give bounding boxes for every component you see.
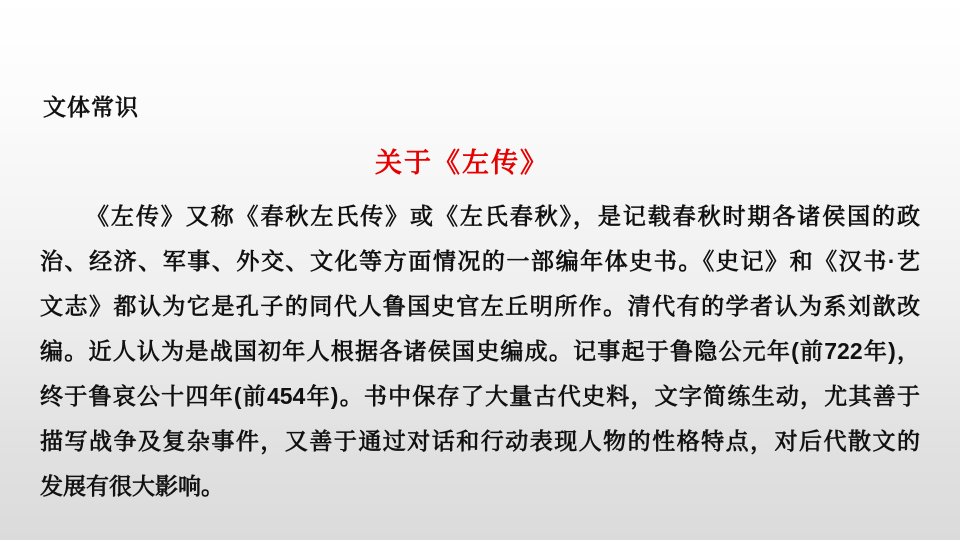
section-heading: 文体常识 xyxy=(43,89,139,122)
presentation-slide: 文体常识 关于《左传》 《左传》又称《春秋左氏传》或《左氏春秋》，是记载春秋时期… xyxy=(0,0,960,540)
paragraph-line: 文志》都认为它是孔子的同代人鲁国史官左丘明所作。清代有的学者认为系刘歆改 xyxy=(40,284,920,329)
slide-title: 关于《左传》 xyxy=(0,141,924,180)
paragraph-line: 治、经济、军事、外交、文化等方面情况的一部编年体史书。《史记》和《汉书·艺 xyxy=(40,239,920,284)
body-paragraph: 《左传》又称《春秋左氏传》或《左氏春秋》，是记载春秋时期各诸侯国的政 治、经济、… xyxy=(40,194,920,509)
paragraph-line: 《左传》又称《春秋左氏传》或《左氏春秋》，是记载春秋时期各诸侯国的政 xyxy=(40,194,920,239)
paragraph-line: 终于鲁哀公十四年(前454年)。书中保存了大量古代史料，文字简练生动，尤其善于 xyxy=(40,374,920,419)
paragraph-line: 编。近人认为是战国初年人根据各诸侯国史编成。记事起于鲁隐公元年(前722年)， xyxy=(40,329,920,374)
paragraph-line: 发展有很大影响。 xyxy=(40,464,920,509)
paragraph-line: 描写战争及复杂事件，又善于通过对话和行动表现人物的性格特点，对后代散文的 xyxy=(40,419,920,464)
